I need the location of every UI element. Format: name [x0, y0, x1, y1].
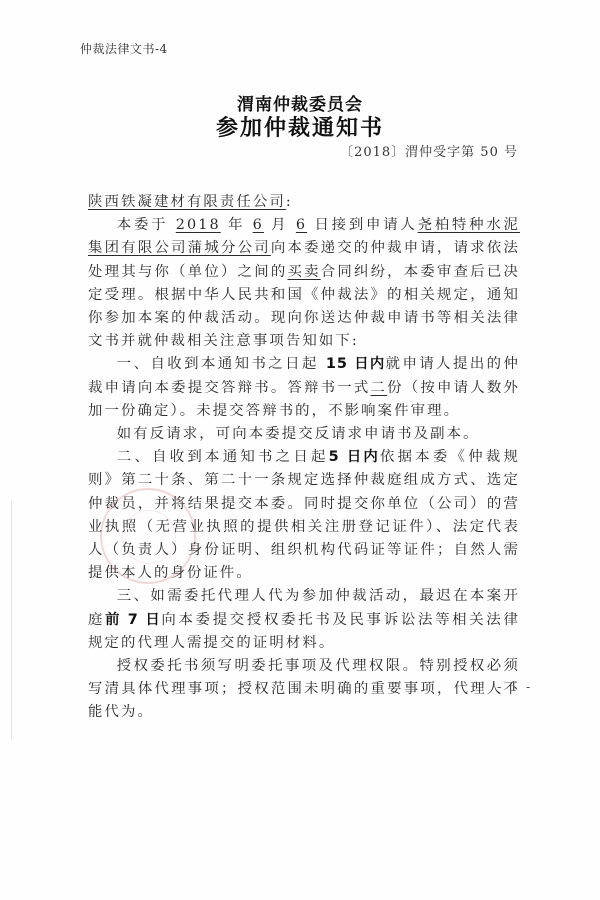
recipient-colon: : — [286, 194, 293, 210]
item-1-text: 一、自收到本通知书之日起 — [117, 356, 326, 372]
document-title: 参加仲裁通知书 — [0, 111, 600, 142]
intro-text: 日接到申请人 — [307, 217, 417, 233]
received-year: 2018 — [176, 217, 221, 233]
item-2-paragraph: 二、自收到本通知书之日起5 日内依据本委《仲裁规则》第二十条、第二十一条规定选择… — [88, 446, 520, 585]
intro-text: 本委于 — [117, 217, 176, 233]
item-3-deadline: 前 7 日 — [105, 612, 161, 628]
intro-text: 月 — [264, 217, 296, 233]
item-2-deadline: 5 日内 — [329, 449, 380, 465]
recipient-line: 陕西铁凝建材有限责任公司: — [88, 191, 520, 214]
page-number: - 1 - — [497, 680, 532, 695]
document-number: 〔2018〕渭仲受字第 50 号 — [340, 141, 518, 160]
received-day: 6 — [296, 217, 307, 233]
received-month: 6 — [253, 217, 264, 233]
item-3-paragraph: 三、如需委托代理人代为参加仲裁活动，最迟在本案开庭前 7 日向本委提交授权委托书… — [88, 585, 520, 655]
recipient-name: 陕西铁凝建材有限责任公司 — [88, 194, 286, 210]
copies-count: 二 — [371, 380, 388, 396]
counterclaim-paragraph: 如有反请求，可向本委提交反请求申请书及副本。 — [88, 423, 520, 446]
item-1-paragraph: 一、自收到本通知书之日起 15 日内就申请人提出的仲裁申请向本委提交答辩书。答辩… — [88, 353, 520, 423]
item-2-text: 二、自收到本通知书之日起 — [117, 449, 329, 465]
authorization-note-paragraph: 授权委托书须写明委托事项及代理权限。特别授权必须写清具体代理事项；授权范围未明确… — [88, 655, 520, 725]
intro-text: 年 — [221, 217, 253, 233]
intro-paragraph: 本委于 2018 年 6 月 6 日接到申请人尧柏特种水泥集团有限公司蒲城分公司… — [88, 214, 520, 353]
item-2-text: 依据本委《仲裁规则》第二十条、第二十一条规定选择仲裁庭组成方式、选定仲裁员，并将… — [88, 449, 520, 581]
document-page: 仲裁法律文书-4 渭南仲裁委员会 参加仲裁通知书 〔2018〕渭仲受字第 50 … — [0, 0, 600, 900]
dispute-type: 买卖 — [287, 264, 320, 280]
document-body: 陕西铁凝建材有限责任公司: 本委于 2018 年 6 月 6 日接到申请人尧柏特… — [88, 191, 520, 725]
document-label: 仲裁法律文书-4 — [80, 40, 168, 57]
item-1-deadline: 15 日内 — [326, 356, 386, 372]
scan-artifact-line — [11, 500, 12, 740]
